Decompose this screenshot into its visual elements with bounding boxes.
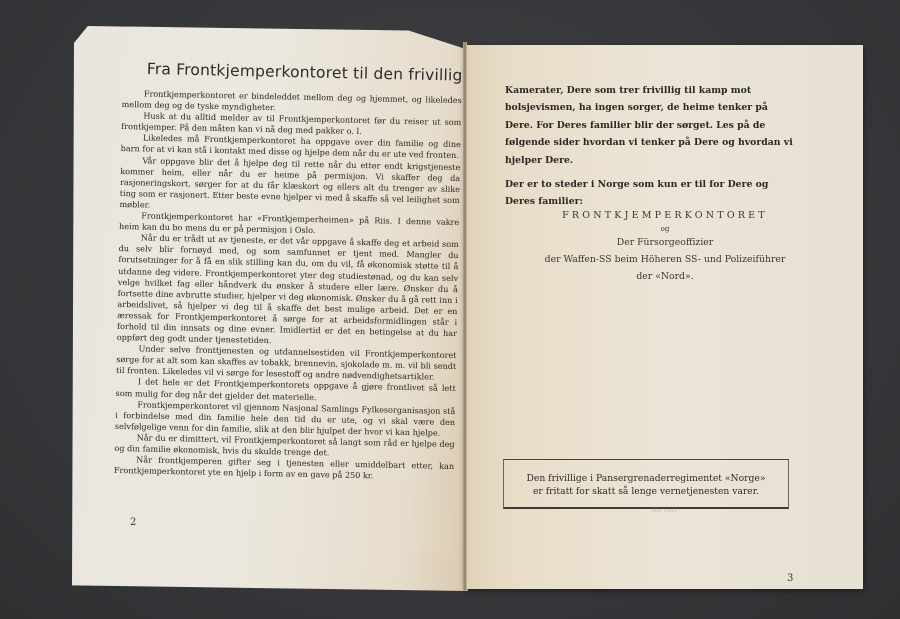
tax-notice-line: Den frivillige i Pansergrenaderregimente…	[504, 472, 788, 485]
org-fursorgeoffizier: Der Fürsorgeoffizier	[485, 234, 845, 251]
paragraph: Vår oppgave blir det å hjelpe deg til re…	[119, 155, 460, 218]
book-gutter	[463, 42, 467, 590]
left-page: Fra Frontkjemperkontoret til den frivill…	[72, 26, 468, 591]
page-number: 3	[787, 573, 793, 584]
left-page-body: Frontkjemperkontoret er bindeleddet mell…	[114, 88, 462, 483]
organizations-block: FRONTKJEMPERKONTORET og Der Fürsorgeoffi…	[485, 208, 845, 285]
page-number: 2	[130, 517, 136, 528]
org-frontkjemperkontoret: FRONTKJEMPERKONTORET	[485, 208, 845, 224]
paragraph: Der er to steder i Norge som kun er til …	[505, 176, 795, 211]
page-title: Fra Frontkjemperkontoret til den frivill…	[147, 60, 467, 85]
show-through-text: 1001000	[651, 505, 678, 512]
paragraph: Kamerater, Dere som trer frivillig til k…	[505, 82, 795, 169]
tax-notice-line: er fritatt for skatt så lenge vernetjene…	[504, 485, 788, 498]
tax-notice-box: Den frivillige i Pansergrenaderregimente…	[503, 459, 789, 509]
paragraph: Når du er trådt ut av tjeneste, er det v…	[117, 232, 459, 350]
org-waffen-ss: der Waffen-SS beim Höheren SS- und Poliz…	[485, 251, 845, 268]
org-conjunction: og	[485, 224, 845, 234]
org-nord: der «Nord».	[485, 268, 845, 285]
intro-text: Kamerater, Dere som trer frivillig til k…	[505, 82, 795, 218]
right-page: Kamerater, Dere som trer frivillig til k…	[465, 45, 863, 589]
